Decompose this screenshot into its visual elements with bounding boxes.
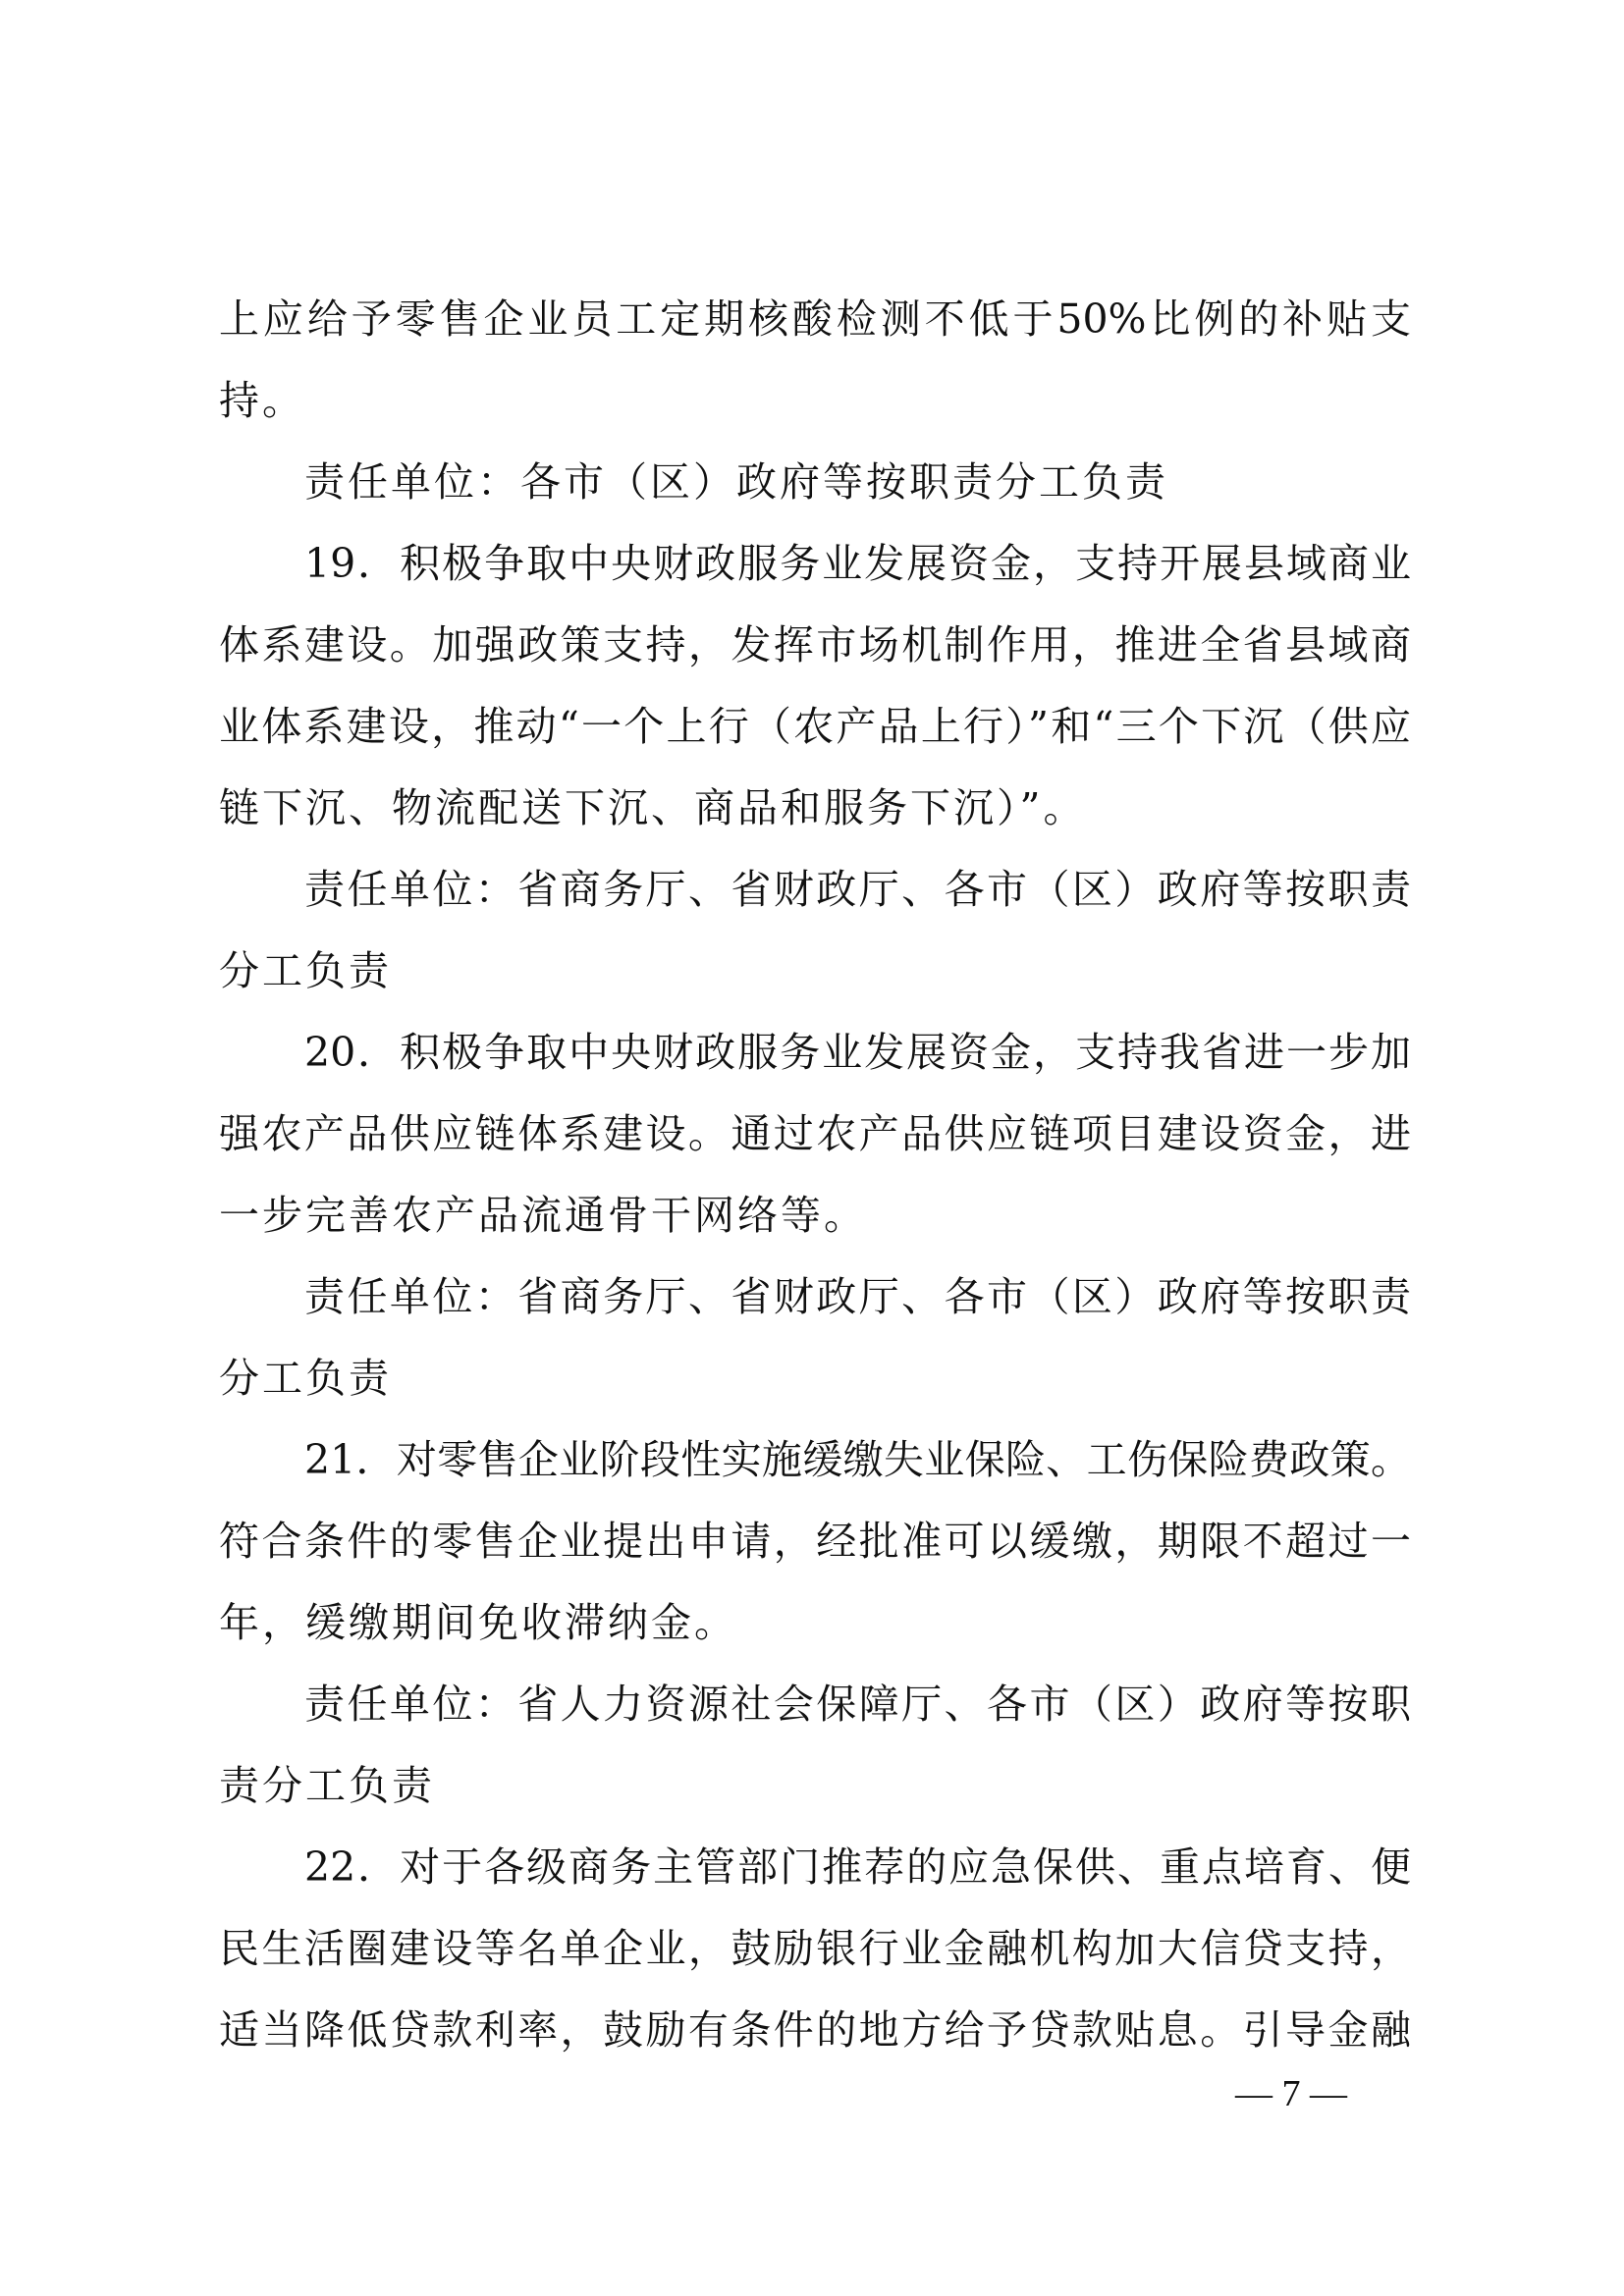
text-line: 分工负责 xyxy=(219,1338,1411,1419)
item-22-first-line: 22．对于各级商务主管部门推荐的应急保供、重点培育、便 xyxy=(219,1827,1411,1908)
text-line: 年，缓缴期间免收滞纳金。 xyxy=(219,1582,1411,1664)
text-line: 责分工负责 xyxy=(219,1745,1411,1827)
responsibility-line: 责任单位：各市（区）政府等按职责分工负责 xyxy=(219,442,1411,523)
text-line: 上应给予零售企业员工定期核酸检测不低于50%比例的补贴支 xyxy=(219,279,1411,360)
responsibility-line: 责任单位：省人力资源社会保障厅、各市（区）政府等按职 xyxy=(219,1664,1411,1745)
item-20-first-line: 20．积极争取中央财政服务业发展资金，支持我省进一步加 xyxy=(219,1012,1411,1094)
text-line: 民生活圈建设等名单企业，鼓励银行业金融机构加大信贷支持， xyxy=(219,1908,1411,1990)
responsibility-line: 责任单位：省商务厅、省财政厅、各市（区）政府等按职责 xyxy=(219,1256,1411,1338)
text-line: 符合条件的零售企业提出申请，经批准可以缓缴，期限不超过一 xyxy=(219,1501,1411,1582)
text-line: 分工负责 xyxy=(219,931,1411,1012)
text-line: 强农产品供应链体系建设。通过农产品供应链项目建设资金，进 xyxy=(219,1094,1411,1175)
text-line: 持。 xyxy=(219,360,1411,442)
text-line: 业体系建设，推动“一个上行（农产品上行）”和“三个下沉（供应 xyxy=(219,686,1411,768)
text-line: 链下沉、物流配送下沉、商品和服务下沉）”。 xyxy=(219,768,1411,849)
document-page: 上应给予零售企业员工定期核酸检测不低于50%比例的补贴支 持。 责任单位：各市（… xyxy=(0,0,1624,2296)
page-number: — 7 — xyxy=(1218,2069,1365,2118)
text-line: 适当降低贷款利率，鼓励有条件的地方给予贷款贴息。引导金融 xyxy=(219,1990,1411,2071)
text-line: 一步完善农产品流通骨干网络等。 xyxy=(219,1175,1411,1256)
text-line: 体系建设。加强政策支持，发挥市场机制作用，推进全省县域商 xyxy=(219,605,1411,686)
responsibility-line: 责任单位：省商务厅、省财政厅、各市（区）政府等按职责 xyxy=(219,849,1411,931)
document-body: 上应给予零售企业员工定期核酸检测不低于50%比例的补贴支 持。 责任单位：各市（… xyxy=(219,279,1411,2071)
item-19-first-line: 19．积极争取中央财政服务业发展资金，支持开展县域商业 xyxy=(219,523,1411,605)
item-21-first-line: 21．对零售企业阶段性实施缓缴失业保险、工伤保险费政策。 xyxy=(219,1419,1411,1501)
